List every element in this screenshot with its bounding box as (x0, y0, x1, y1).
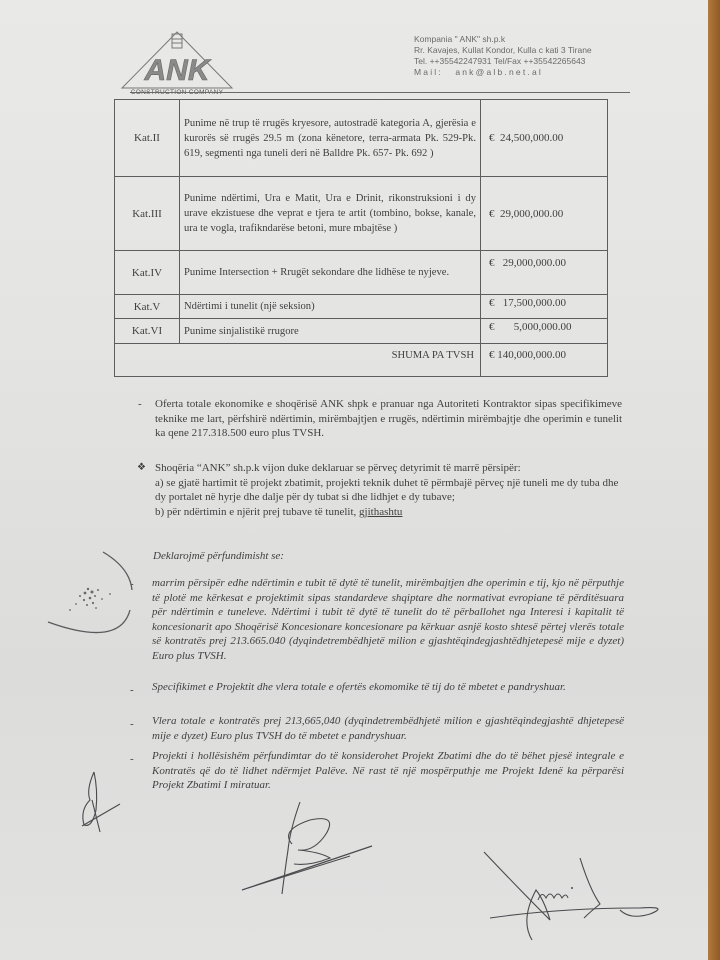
declaration-intro: Shoqëria “ANK” sh.p.k vijon duke deklaru… (155, 461, 625, 476)
header-divider (130, 92, 630, 93)
company-name: Kompania " ANK" sh.p.k (414, 34, 592, 45)
amount-value: 29,000,000.00 (503, 257, 566, 269)
amount-value: 24,500,000.00 (500, 132, 563, 144)
category-cell: Kat.V (115, 295, 180, 319)
total-amount-cell: € 140,000,000.00 (481, 344, 608, 367)
final-item-2: Specifikimet e Projektit dhe vlera total… (152, 680, 624, 695)
total-label: SHUMA PA TVSH (115, 344, 481, 367)
amount-cell: € 29,000,000.00 (481, 251, 608, 295)
description-cell: Ndërtimi i tunelit (një seksion) (180, 295, 481, 319)
final-item-3: Vlera totale e kontratës prej 213,665,04… (152, 714, 624, 743)
amount-cell: € 24,500,000.00 (481, 100, 608, 177)
table-row: Kat.IV Punime Intersection + Rrugët seko… (115, 251, 608, 295)
category-cell: Kat.III (115, 177, 180, 251)
document-page: ANK CONSTRUCTION COMPANY Kompania " ANK"… (0, 0, 708, 960)
underlined-word: gjithashtu (359, 506, 402, 518)
total-amount-value: 140,000,000.00 (497, 349, 566, 361)
currency-symbol: € (489, 257, 495, 269)
company-address: Rr. Kavajes, Kullat Kondor, Kulla c kati… (414, 45, 592, 56)
mail-label: Mail: (414, 67, 443, 77)
signature-2-icon (480, 850, 680, 950)
final-declaration-heading: Deklarojmë përfundimisht se: (153, 549, 284, 564)
currency-symbol: € (489, 297, 495, 309)
currency-symbol: € (489, 349, 495, 361)
table-row: Kat.III Punime ndërtimi, Ura e Matit, Ur… (115, 177, 608, 251)
offer-paragraph: Oferta totale ekonomike e shoqërisë ANK … (155, 397, 622, 441)
amount-value: 29,000,000.00 (500, 208, 563, 220)
wooden-table-edge (708, 0, 720, 960)
description-cell: Punime Intersection + Rrugët sekondare d… (180, 251, 481, 295)
bullet-dash: - (130, 753, 134, 765)
category-cell: Kat.VI (115, 319, 180, 344)
description-cell: Punime sinjalistikë rrugore (180, 319, 481, 344)
bullet-dash: - (138, 398, 142, 410)
bullet-dash: - (130, 718, 134, 730)
stamp-icon (40, 548, 140, 638)
company-mail-row: Mail: ank@alb.net.al (414, 67, 592, 78)
offer-text: Oferta totale ekonomike e shoqërisë ANK … (155, 397, 622, 441)
category-cell: Kat.II (115, 100, 180, 177)
amount-value: 17,500,000.00 (503, 297, 566, 309)
table-row: Kat.II Punime në trup të rrugës kryesore… (115, 100, 608, 177)
diamond-bullet-icon: ❖ (137, 462, 146, 473)
table-row: Kat.VI Punime sinjalistikë rrugore € 5,0… (115, 319, 608, 344)
description-cell: Punime ndërtimi, Ura e Matit, Ura e Drin… (180, 177, 481, 251)
company-info: Kompania " ANK" sh.p.k Rr. Kavajes, Kull… (414, 34, 592, 78)
total-row: SHUMA PA TVSH € 140,000,000.00 (115, 344, 608, 367)
margin-initial-signature-icon (78, 770, 128, 840)
svg-text:ANK: ANK (144, 54, 212, 87)
final-item-4: Projekti i hollësishëm përfundimtar do t… (152, 749, 624, 793)
amount-value: 5,000,000.00 (514, 321, 572, 333)
declaration-item-a: a) se gjatë hartimit të projekt zbatimit… (155, 476, 625, 505)
bullet-dash: - (130, 684, 134, 696)
table-row: Kat.V Ndërtimi i tunelit (një seksion) €… (115, 295, 608, 319)
currency-symbol: € (489, 132, 495, 144)
declaration-item-b: b) për ndërtimin e njërit prej tubave të… (155, 505, 625, 520)
cost-table: Kat.II Punime në trup të rrugës kryesore… (114, 99, 608, 377)
table-spacer-row (115, 366, 608, 377)
amount-cell: € 29,000,000.00 (481, 177, 608, 251)
currency-symbol: € (489, 321, 495, 333)
company-mail: ank@alb.net.al (455, 67, 543, 77)
category-cell: Kat.IV (115, 251, 180, 295)
company-phone: Tel. ++35542247931 Tel/Fax ++35542265643 (414, 56, 592, 67)
amount-cell: € 5,000,000.00 (481, 319, 608, 344)
final-item-1: marrim përsipër edhe ndërtimin e tubit t… (152, 576, 624, 663)
company-logo: ANK CONSTRUCTION COMPANY (118, 28, 236, 96)
amount-cell: € 17,500,000.00 (481, 295, 608, 319)
signature-1-icon (230, 800, 400, 900)
currency-symbol: € (489, 208, 495, 220)
declaration-block: Shoqëria “ANK” sh.p.k vijon duke deklaru… (155, 461, 625, 519)
description-cell: Punime në trup të rrugës kryesore, autos… (180, 100, 481, 177)
logo-triangle-icon: ANK (118, 28, 236, 96)
